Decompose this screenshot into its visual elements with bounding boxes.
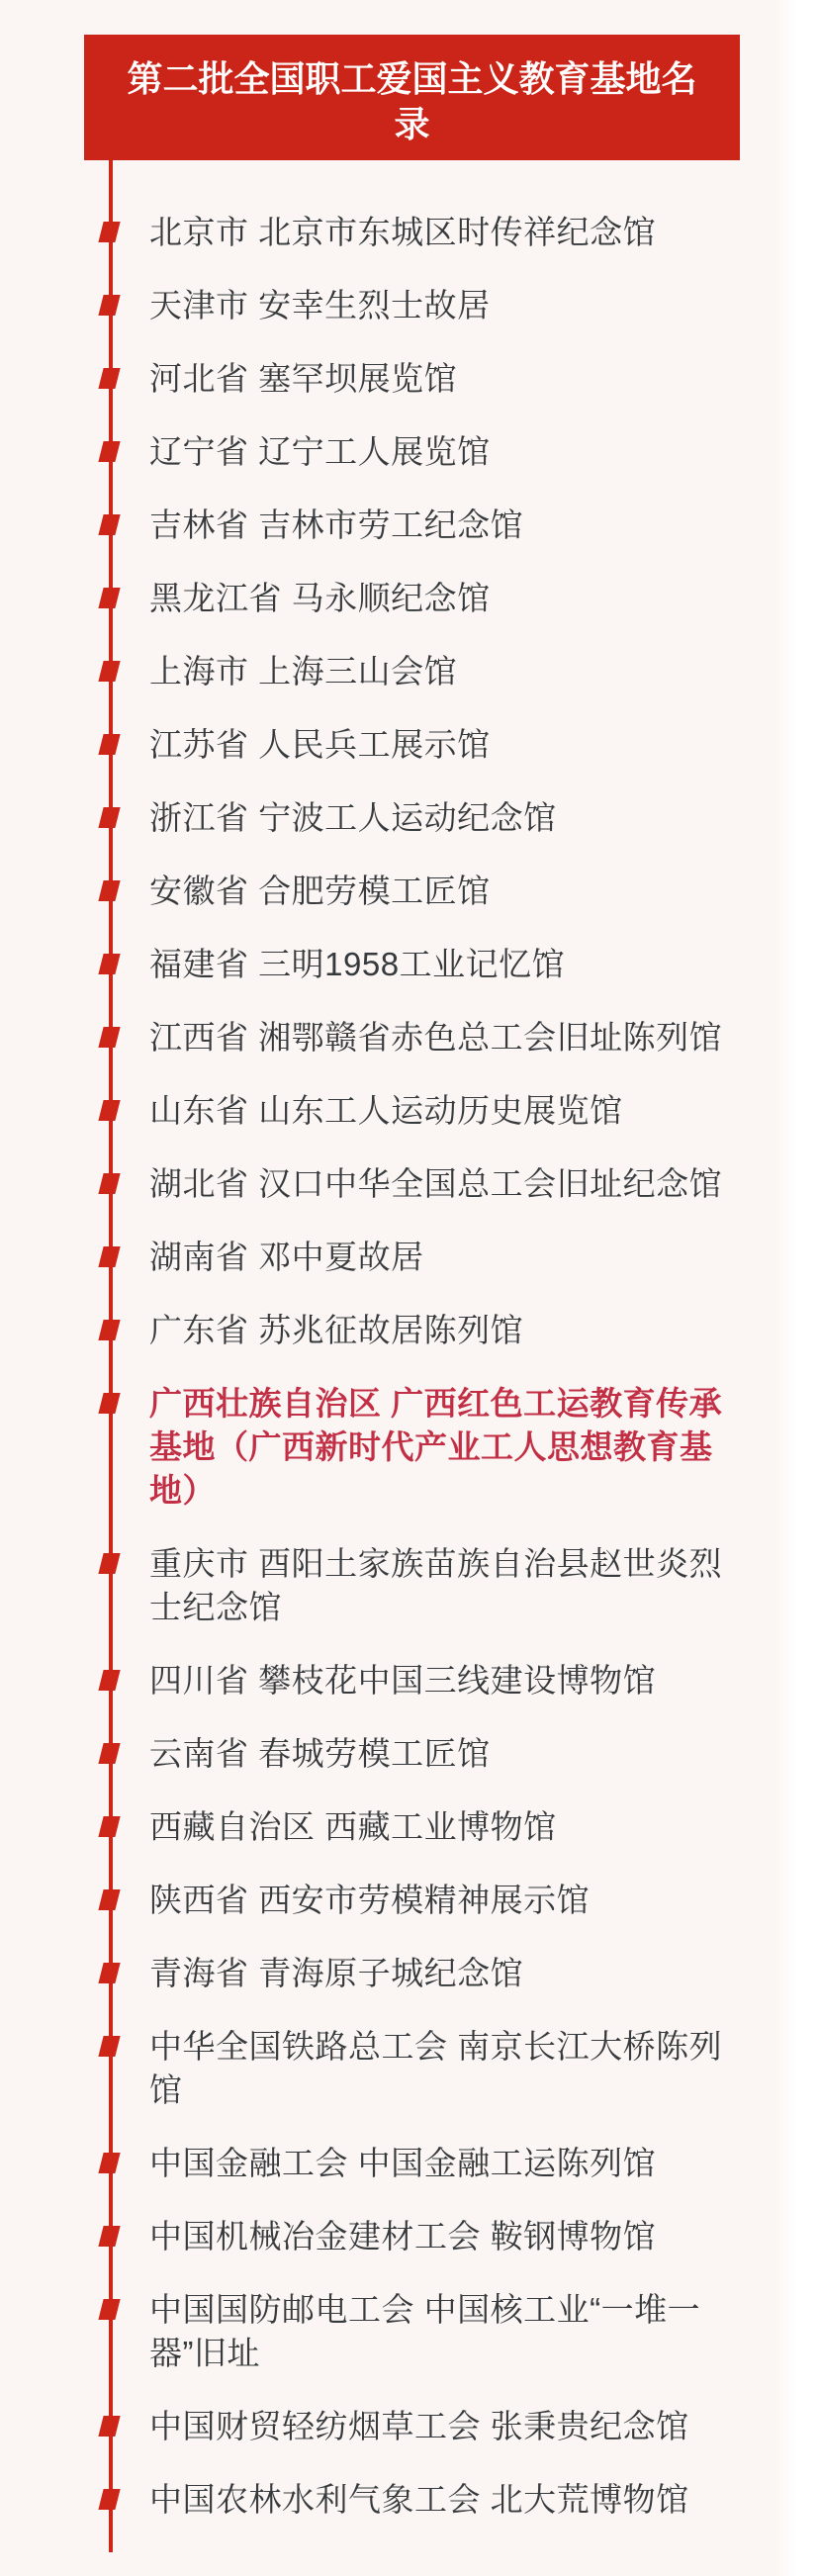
bullet-marker-icon — [98, 1393, 120, 1414]
bullet-marker-icon — [98, 661, 120, 682]
bullet-marker-icon — [98, 2036, 120, 2057]
list-item-text: 河北省 塞罕坝展览馆 — [149, 357, 728, 401]
list-item-text: 中国农林水利气象工会 北大荒博物馆 — [149, 2478, 728, 2522]
list-item-text: 江西省 湘鄂赣省赤色总工会旧址陈列馆 — [149, 1016, 728, 1059]
list-item: 江苏省 人民兵工展示馆 — [0, 723, 819, 767]
bullet-marker-icon — [98, 2489, 120, 2510]
list-item: 中国国防邮电工会 中国核工业“一堆一器”旧址 — [0, 2288, 819, 2375]
list-item-text: 北京市 北京市东城区时传祥纪念馆 — [149, 211, 728, 254]
bullet-marker-icon — [98, 2299, 120, 2320]
list-item: 河北省 塞罕坝展览馆 — [0, 357, 819, 401]
list-item-text: 吉林省 吉林市劳工纪念馆 — [149, 504, 728, 547]
list-item: 北京市 北京市东城区时传祥纪念馆 — [0, 211, 819, 254]
list-item-text: 重庆市 酉阳土家族苗族自治县赵世炎烈士纪念馆 — [149, 1542, 728, 1629]
list-item-text: 云南省 春城劳模工匠馆 — [149, 1732, 728, 1776]
list-item-text: 安徽省 合肥劳模工匠馆 — [149, 870, 728, 913]
bullet-marker-icon — [98, 2153, 120, 2173]
list-item-text: 四川省 攀枝花中国三线建设博物馆 — [149, 1659, 728, 1702]
bullet-marker-icon — [98, 1027, 120, 1048]
list-item: 中国农林水利气象工会 北大荒博物馆 — [0, 2478, 819, 2522]
list-item: 重庆市 酉阳土家族苗族自治县赵世炎烈士纪念馆 — [0, 1542, 819, 1629]
list-item-text: 天津市 安幸生烈士故居 — [149, 284, 728, 327]
list-item: 中国金融工会 中国金融工运陈列馆 — [0, 2142, 819, 2185]
list-item: 陕西省 西安市劳模精神展示馆 — [0, 1879, 819, 1922]
infographic-page: 第二批全国职工爱国主义教育基地名录 北京市 北京市东城区时传祥纪念馆天津市 安幸… — [0, 0, 819, 2576]
bullet-marker-icon — [98, 1173, 120, 1194]
list-item: 安徽省 合肥劳模工匠馆 — [0, 870, 819, 913]
list-item-text: 中国国防邮电工会 中国核工业“一堆一器”旧址 — [149, 2288, 728, 2375]
list-item: 广西壮族自治区 广西红色工运教育传承基地（广西新时代产业工人思想教育基地） — [0, 1382, 819, 1513]
bullet-marker-icon — [98, 954, 120, 974]
bullet-marker-icon — [98, 222, 120, 242]
list-item-text: 陕西省 西安市劳模精神展示馆 — [149, 1879, 728, 1922]
list-item: 辽宁省 辽宁工人展览馆 — [0, 430, 819, 474]
list-item: 云南省 春城劳模工匠馆 — [0, 1732, 819, 1776]
bullet-marker-icon — [98, 1100, 120, 1121]
list-item: 山东省 山东工人运动历史展览馆 — [0, 1089, 819, 1133]
list-item: 中国财贸轻纺烟草工会 张秉贵纪念馆 — [0, 2405, 819, 2448]
bullet-marker-icon — [98, 2226, 120, 2247]
bullet-marker-icon — [98, 1670, 120, 1691]
bullet-marker-icon — [98, 2416, 120, 2437]
bullet-marker-icon — [98, 807, 120, 828]
list-item-text: 中国财贸轻纺烟草工会 张秉贵纪念馆 — [149, 2405, 728, 2448]
list-item-text: 中华全国铁路总工会 南京长江大桥陈列馆 — [149, 2025, 728, 2112]
list-item: 湖北省 汉口中华全国总工会旧址纪念馆 — [0, 1162, 819, 1206]
bullet-marker-icon — [98, 734, 120, 755]
list-item: 青海省 青海原子城纪念馆 — [0, 1952, 819, 1995]
list-item-text: 广东省 苏兆征故居陈列馆 — [149, 1309, 728, 1352]
list-item-text: 广西壮族自治区 广西红色工运教育传承基地（广西新时代产业工人思想教育基地） — [149, 1382, 728, 1513]
bullet-marker-icon — [98, 588, 120, 608]
list-item: 中华全国铁路总工会 南京长江大桥陈列馆 — [0, 2025, 819, 2112]
list-item-text: 湖北省 汉口中华全国总工会旧址纪念馆 — [149, 1162, 728, 1206]
list-item: 四川省 攀枝花中国三线建设博物馆 — [0, 1659, 819, 1702]
list-item-text: 浙江省 宁波工人运动纪念馆 — [149, 796, 728, 840]
list-item: 中国机械冶金建材工会 鞍钢博物馆 — [0, 2215, 819, 2258]
bullet-marker-icon — [98, 295, 120, 316]
bullet-marker-icon — [98, 514, 120, 535]
list-item-text: 山东省 山东工人运动历史展览馆 — [149, 1089, 728, 1133]
right-edge-fade — [772, 0, 819, 2576]
list-item: 上海市 上海三山会馆 — [0, 650, 819, 693]
list-item: 黑龙江省 马永顺纪念馆 — [0, 577, 819, 620]
list-item: 吉林省 吉林市劳工纪念馆 — [0, 504, 819, 547]
bullet-marker-icon — [98, 1553, 120, 1574]
list-item-text: 福建省 三明1958工业记忆馆 — [149, 943, 728, 986]
page-title: 第二批全国职工爱国主义教育基地名录 — [122, 56, 702, 147]
bullet-marker-icon — [98, 368, 120, 389]
list-item-text: 上海市 上海三山会馆 — [149, 650, 728, 693]
header-banner: 第二批全国职工爱国主义教育基地名录 — [84, 35, 740, 160]
list-item: 福建省 三明1958工业记忆馆 — [0, 943, 819, 986]
bullet-marker-icon — [98, 1963, 120, 1983]
base-list: 北京市 北京市东城区时传祥纪念馆天津市 安幸生烈士故居河北省 塞罕坝展览馆辽宁省… — [0, 160, 819, 2551]
bullet-marker-icon — [98, 1246, 120, 1267]
list-item-text: 西藏自治区 西藏工业博物馆 — [149, 1805, 728, 1849]
list-item: 江西省 湘鄂赣省赤色总工会旧址陈列馆 — [0, 1016, 819, 1059]
list-item: 浙江省 宁波工人运动纪念馆 — [0, 796, 819, 840]
bullet-marker-icon — [98, 1320, 120, 1340]
bullet-marker-icon — [98, 880, 120, 901]
bullet-marker-icon — [98, 441, 120, 462]
list-item: 湖南省 邓中夏故居 — [0, 1236, 819, 1279]
list-item-text: 黑龙江省 马永顺纪念馆 — [149, 577, 728, 620]
list-item-text: 辽宁省 辽宁工人展览馆 — [149, 430, 728, 474]
list-item: 西藏自治区 西藏工业博物馆 — [0, 1805, 819, 1849]
bullet-marker-icon — [98, 1889, 120, 1910]
list-item-text: 青海省 青海原子城纪念馆 — [149, 1952, 728, 1995]
bullet-marker-icon — [98, 1816, 120, 1837]
list-item-text: 中国金融工会 中国金融工运陈列馆 — [149, 2142, 728, 2185]
list-item: 天津市 安幸生烈士故居 — [0, 284, 819, 327]
list-item-text: 江苏省 人民兵工展示馆 — [149, 723, 728, 767]
list-item: 广东省 苏兆征故居陈列馆 — [0, 1309, 819, 1352]
list-item-text: 中国机械冶金建材工会 鞍钢博物馆 — [149, 2215, 728, 2258]
bullet-marker-icon — [98, 1743, 120, 1764]
list-item-text: 湖南省 邓中夏故居 — [149, 1236, 728, 1279]
